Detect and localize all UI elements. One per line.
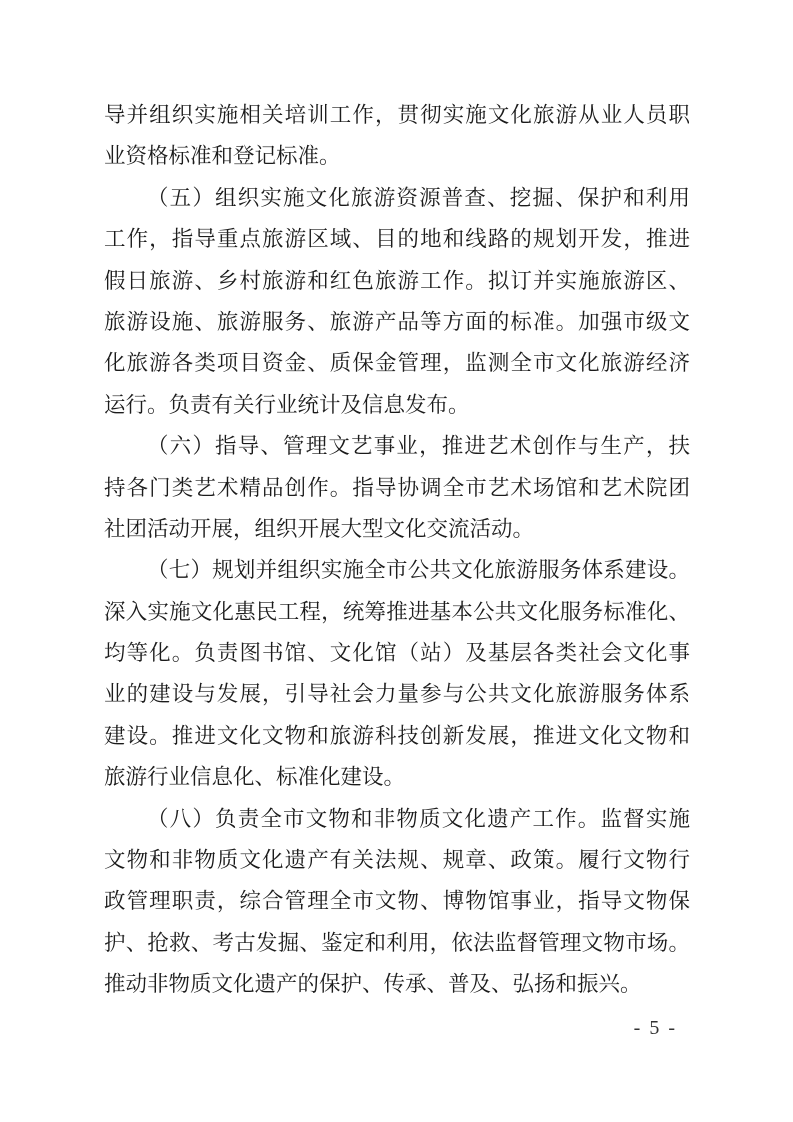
page-number: - 5 - (634, 1016, 677, 1040)
text-line: 深入实施文化惠民工程，统筹推进基本公共文化服务标准化、 (104, 592, 690, 633)
text-line: 运行。负责有关行业统计及信息发布。 (104, 385, 690, 426)
text-line: 化旅游各类项目资金、质保金管理，监测全市文化旅游经济 (104, 343, 690, 384)
text-line: 假日旅游、乡村旅游和红色旅游工作。拟订并实施旅游区、 (104, 261, 690, 302)
text-line: （五）组织实施文化旅游资源普查、挖掘、保护和利用 (104, 178, 690, 219)
text-line: 文物和非物质文化遗产有关法规、规章、政策。履行文物行 (104, 840, 690, 881)
text-line: 护、抢救、考古发掘、鉴定和利用，依法监督管理文物市场。 (104, 923, 690, 964)
text-line: （七）规划并组织实施全市公共文化旅游服务体系建设。 (104, 550, 690, 591)
text-line: 均等化。负责图书馆、文化馆（站）及基层各类社会文化事 (104, 633, 690, 674)
text-line: 推动非物质文化遗产的保护、传承、普及、弘扬和振兴。 (104, 964, 690, 1005)
text-line: 业的建设与发展，引导社会力量参与公共文化旅游服务体系 (104, 674, 690, 715)
document-body: 导并组织实施相关培训工作，贯彻实施文化旅游从业人员职业资格标准和登记标准。（五）… (104, 95, 690, 1006)
text-line: 业资格标准和登记标准。 (104, 136, 690, 177)
text-line: 政管理职责，综合管理全市文物、博物馆事业，指导文物保 (104, 881, 690, 922)
text-line: 持各门类艺术精品创作。指导协调全市艺术场馆和艺术院团 (104, 468, 690, 509)
text-line: 社团活动开展，组织开展大型文化交流活动。 (104, 509, 690, 550)
text-line: 工作，指导重点旅游区域、目的地和线路的规划开发，推进 (104, 219, 690, 260)
text-line: 建设。推进文化文物和旅游科技创新发展，推进文化文物和 (104, 716, 690, 757)
document-page: 导并组织实施相关培训工作，贯彻实施文化旅游从业人员职业资格标准和登记标准。（五）… (0, 0, 793, 1122)
text-line: 导并组织实施相关培训工作，贯彻实施文化旅游从业人员职 (104, 95, 690, 136)
text-line: 旅游行业信息化、标准化建设。 (104, 757, 690, 798)
text-line: 旅游设施、旅游服务、旅游产品等方面的标准。加强市级文 (104, 302, 690, 343)
text-line: （八）负责全市文物和非物质文化遗产工作。监督实施 (104, 799, 690, 840)
text-line: （六）指导、管理文艺事业，推进艺术创作与生产，扶 (104, 426, 690, 467)
